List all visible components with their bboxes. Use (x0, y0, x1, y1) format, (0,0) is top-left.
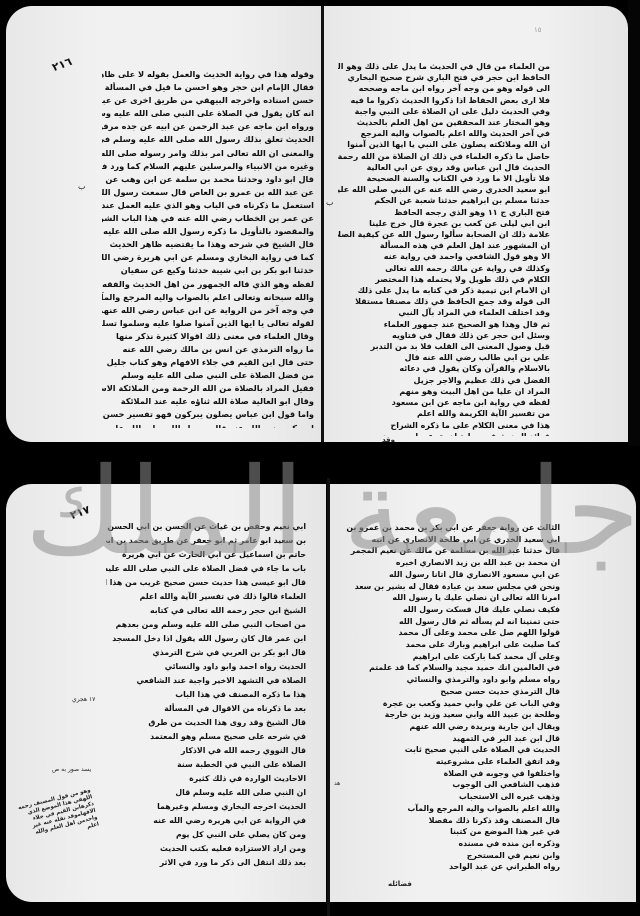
text-line: وقد اتفق العلماء على مشروعيته (344, 756, 560, 768)
margin-note-top: ١٥ (534, 26, 542, 34)
margin-note-side: ب (326, 198, 334, 207)
text-line: وذكره ابن منده في مسنده (344, 838, 560, 850)
text-line: الثالث عن رواية جعفر عن ابي بكر بن محمد … (344, 522, 560, 534)
text-line: كما صليت على ابراهيم وبارك على محمد (344, 639, 560, 651)
text-line: الكلام في ذلك طويل ولا يحتمله هذا المختص… (338, 274, 550, 285)
text-line: فذهب الشافعي الى الوجوب (344, 779, 560, 791)
text-line: الى قوله وهو من وجه آخر رواه ابن ماجه وص… (338, 83, 550, 94)
text-line: بن سعيد ابو عامر ثم ابو جعفر عن طريق محم… (106, 534, 306, 548)
scan-edge (628, 0, 640, 460)
text-block: ابي نعيم وحفص بن غياث عن الحسن بن ابي ال… (106, 520, 306, 872)
text-line: وقوله هذا في رواية الحديث والعمل بقوله ل… (102, 68, 314, 81)
text-line: قال ابو عيسى هذا حديث حسن صحيح غريب من ه… (106, 576, 306, 590)
text-line: حاصل ما ذكره العلماء في ذلك ان الصلاة من… (338, 151, 550, 162)
text-line: علي بن ابي طالب رضي الله عنه قال (338, 352, 550, 363)
text-line: قال ابو داود وحدثنا محمد بن سلمة عن ابن … (102, 173, 314, 186)
text-line: حدثنا مسلم بن ابراهيم حدثنا شعبة عن الحك… (338, 195, 550, 206)
text-line: لفظه في رواية ابن ماجه عن ابن مسعود (338, 397, 550, 408)
text-line: والله سبحانه وتعالى اعلم بالصواب واليه ا… (102, 291, 314, 304)
text-line: الصلاة في التشهد الاخير واجبة عند الشافع… (106, 674, 306, 688)
text-line: ما رواه الترمذي عن انس بن مالك رضي الله … (102, 343, 314, 356)
text-line: ابي نعيم وحفص بن غياث عن الحسن بن ابي ال… (106, 520, 306, 534)
text-line: وفي الحديث دليل على ان الصلاة على النبي … (338, 106, 550, 117)
text-line: وطلحة بن عبيد الله وابي سعيد وزيد بن خار… (344, 709, 560, 721)
text-line: قال النووي رحمه الله في الاذكار (106, 744, 306, 758)
top-right-page: ١٥ ب من العلماء من قال في الحديث ما يدل … (324, 6, 628, 442)
bottom-right-page: هد الثالث عن رواية جعفر عن ابي بكر بن مح… (330, 484, 636, 902)
text-line: الحديث في الصلاة على النبي صحيح ثابت (344, 744, 560, 756)
text-line: من فضل الصلاة على النبي صلى الله عليه وس… (102, 369, 314, 382)
text-line: ان المشهور عند اهل العلم في هذه المسألة (338, 240, 550, 251)
text-block: من العلماء من قال في الحديث ما يدل على ذ… (338, 61, 550, 436)
text-line: فلا تأويل الا ما ورد في الكتاب والسنة ال… (338, 173, 550, 184)
text-line: قال الشيخ وقد روى هذا الحديث من طرق (106, 716, 306, 730)
top-left-page: ٢١٦ ب وقوله هذا في رواية الحديث والعمل ب… (6, 6, 322, 442)
text-line: لفظه وهو الذي قاله الجمهور من اهل الحديث… (102, 278, 314, 291)
text-line: والمعنى ان الله تعالى امر بذلك وامر رسول… (102, 147, 314, 160)
text-line: قبل وصول المعنى الى القلب فلا بد من التد… (338, 341, 550, 352)
text-line: والمقصود بالتأويل ما ذكره رسول الله صلى … (102, 225, 314, 238)
text-line: ويقال ابن جارية وبريدة رضي الله عنهم (344, 721, 560, 733)
text-line: فتح الباري ج ١١ وهو الذي رجحه الحافظ (338, 207, 550, 218)
text-block: الثالث عن رواية جعفر عن ابي بكر بن محمد … (344, 522, 560, 890)
text-line: فوائد الحديث في رواية اخرى عن ابي حميد (338, 431, 550, 436)
text-line: في الرواية عن ابي هريرة رضي الله عنه (106, 814, 306, 828)
text-line: عن ابي مسعود الانصاري قال اتانا رسول الل… (344, 569, 560, 581)
text-line: وذهب غيره الى الاستحباب (344, 791, 560, 803)
scan-divider (0, 446, 640, 482)
text-line: قال المصنف وقد ذكرنا ذلك مفصلا (344, 815, 560, 827)
text-line: وقال العلماء في معنى ذلك اقوالا كثيرة نذ… (102, 330, 314, 343)
text-line: ان محمد بن عبد الله بن زيد الانصاري اخبر… (344, 557, 560, 569)
text-line: ابي سعيد الخدري عن ابي طلحة الانصاري عن … (344, 534, 560, 546)
text-line: في العالمين انك حميد مجيد والسلام كما قد… (344, 662, 560, 674)
text-line: انه كان يقول في الصلاة على النبي صلى الل… (102, 107, 314, 120)
text-line: حسن اسناده واخرجه البيهقي من طريق اخرى ع… (102, 94, 314, 107)
text-line: في شرحه على صحيح مسلم وهو المعتمد (106, 730, 306, 744)
text-line: قال ابو بكر بن العربي في شرح الترمذي (106, 646, 306, 660)
text-line: ابن ابي ليلى عن كعب بن عجرة قال خرج علين… (338, 218, 550, 229)
text-line: الا وهو قول الشافعي واحمد في رواية عنه (338, 251, 550, 262)
text-line: ان الامام ابن تيمية ذكر في كتابه ما يدل … (338, 285, 550, 296)
text-line: امرنا الله تعالى ان نصلي عليك يا رسول ال… (344, 592, 560, 604)
text-line: استعمل ما ذكرناه في الباب وهو الذي عليه … (102, 199, 314, 212)
text-line: في غير هذا الموضع من كتبنا (344, 826, 560, 838)
text-line: قال الشيخ في شرحه وهذا ما يقتضيه ظاهر ال… (102, 238, 314, 251)
text-line: وكذلك في رواية عن مالك رحمه الله تعالى (338, 263, 550, 274)
text-line: الحديث قال ابن عباس وقد روي عن ابي العال… (338, 162, 550, 173)
text-line: العلماء قالوا ذلك في تفسير الآية والله ا… (106, 590, 306, 604)
text-line: الفضل في ذلك عظيم والاجر جزيل (338, 375, 550, 386)
text-line: وهو المختار عند المحققين من اهل العلم با… (338, 117, 550, 128)
text-line: الى قوله وقد جمع الحافظ في ذلك مصنفا مست… (338, 296, 550, 307)
margin-note-mid: ١٧ هجري (72, 696, 95, 703)
text-line: فقيل المراد بالصلاة من الله الرحمة ومن ا… (102, 382, 314, 395)
text-line: الاحاديث الواردة في ذلك كثيرة (106, 772, 306, 786)
text-line: ونحن في مجلس سعد بن عبادة فقال له بشير ب… (344, 581, 560, 593)
text-line: واختلفوا في وجوبه في الصلاة (344, 768, 560, 780)
text-line: رواه الطبراني عن عبد الواحد (344, 861, 560, 873)
text-line: ورواه ابن ماجه عن عبد الرحمن عن ابيه عن … (102, 120, 314, 133)
catchword: فضائله (388, 880, 412, 888)
text-line: ابو بكر رضي الله عنه قال رسول الله صلى ا… (102, 422, 314, 428)
text-line: عن عبد الله بن عمرو بن العاص قال سمعت رس… (102, 186, 314, 199)
text-line: الحديث اخرجه البخاري ومسلم وغيرهما (106, 800, 306, 814)
text-line: علامة ذلك ان الصحابة سألوا رسول الله عن … (338, 229, 550, 240)
text-block: وقوله هذا في رواية الحديث والعمل بقوله ل… (102, 68, 314, 428)
text-line: من تفسير الآية الكريمة والله اعلم (338, 408, 550, 419)
text-line: من العلماء من قال في الحديث ما يدل على ذ… (338, 61, 550, 72)
text-line: عن عمر بن الخطاب رضي الله عنه في هذا الب… (102, 212, 314, 225)
text-line: الحديث تعلق بذلك رسول الله صلى الله عليه… (102, 133, 314, 146)
text-line: قولوا اللهم صل على محمد وعلى آل محمد (344, 627, 560, 639)
top-spread: ٢١٦ ب وقوله هذا في رواية الحديث والعمل ب… (0, 0, 640, 460)
text-line: بعد ذلك انتقل الى ذكر ما ورد في الاثر (106, 856, 306, 870)
text-line: في آخر الحديث والله اعلم بالصواب واليه ا… (338, 128, 550, 139)
bottom-left-page: ٢١٧ ١٧ هجري يسد صور به ص وهو من قول المص… (6, 484, 326, 902)
text-line: وابن نعيم في المستخرج (344, 850, 560, 862)
text-line: قال الترمذي حديث حسن صحيح (344, 686, 560, 698)
text-line: قال حدثنا عبد الله بن مسلمة عن مالك عن ن… (344, 545, 560, 557)
text-line: ان النبي صلى الله عليه وسلم قال (106, 786, 306, 800)
margin-note: ب (78, 182, 86, 191)
text-line: هذا في معنى الكلام على ما ذكره الشراح (338, 420, 550, 431)
text-line: الحافظ ابن حجر في فتح الباري شرح صحيح ال… (338, 72, 550, 83)
text-line: الشيخ ابن حجر رحمه الله تعالى في كتابه (106, 604, 306, 618)
text-line: بالاسلام والقرآن وكان يقول في دعائه (338, 363, 550, 374)
text-line: ابن عمر قال كان رسول الله يقول اذا دخل ا… (106, 632, 306, 646)
text-line: وقد اختلف العلماء في المراد بآل النبي (338, 307, 550, 318)
margin-note-side: يسد صور به ص (52, 766, 91, 773)
text-line: في وجه آخر من الرواية عن ابن عباس رضي ال… (102, 304, 314, 317)
catchword: وقد (382, 436, 395, 442)
text-line: المراد ان عليا من اهل البيت وهو منهم (338, 386, 550, 397)
text-line: باب ما جاء في فضل الصلاة على النبي صلى ا… (106, 562, 306, 576)
text-line: ثم قال وهذا هو الصحيح عند جمهور العلماء (338, 319, 550, 330)
text-line: ومن كان يصلي على النبي كل يوم (106, 828, 306, 842)
text-line: واما قول ابن عباس يصلون يبركون فهو تفسير… (102, 408, 314, 421)
text-line: حاتم بن اسماعيل عن ابي الحارث عن ابي هري… (106, 548, 306, 562)
text-line: وقال ابو العالية صلاة الله ثناؤه عليه عن… (102, 395, 314, 408)
text-line: رواه مسلم وابو داود والترمذي والنسائي (344, 674, 560, 686)
text-line: كما في رواية البخاري ومسلم عن ابي هريرة … (102, 251, 314, 264)
text-line: من اصحاب النبي صلى الله عليه وسلم ومن بع… (106, 618, 306, 632)
text-line: فقال الإمام ابن حجر وهو احسن ما قيل في ا… (102, 81, 314, 94)
text-line: حتى تمنينا انه لم يسأله ثم قال رسول الله (344, 616, 560, 628)
text-line: لقوله تعالى يا ايها الذين آمنوا صلوا علي… (102, 317, 314, 330)
text-line: فلا ارى بعض الحفاظ اذا ذكروا الحديث ذكرو… (338, 95, 550, 106)
text-line: بعد ما ذكرناه من الاقوال في المسألة (106, 702, 306, 716)
text-line: ومن اراد الاستزادة فعليه بكتب الحديث (106, 842, 306, 856)
text-line: حتى قال ابن القيم في جلاء الافهام وهو كت… (102, 356, 314, 369)
text-line: قال ابن عبد البر في التمهيد (344, 733, 560, 745)
bottom-spread: ٢١٧ ١٧ هجري يسد صور به ص وهو من قول المص… (0, 478, 640, 916)
text-line: حدثنا ابو بكر بن ابي شيبة حدثنا وكيع عن … (102, 264, 314, 277)
text-line: هذا ما ذكره المصنف في هذا الباب (106, 688, 306, 702)
margin-note-mid: هد (334, 780, 340, 787)
text-line: ابو سعيد الخدري رضي الله عنه عن النبي صل… (338, 184, 550, 195)
text-line: وعلى آل محمد كما باركت على ابراهيم (344, 651, 560, 663)
text-line: وفي الباب عن علي وابي حميد وكعب بن عجرة (344, 698, 560, 710)
text-line: وسئل ابن حجر عن ذلك فقال في فتاويه (338, 330, 550, 341)
text-line: ان الله وملائكته يصلون على النبي يا ايها… (338, 139, 550, 150)
text-line: الحديث رواه احمد وابو داود والنسائي (106, 660, 306, 674)
text-line: وغيره من الانبياء والمرسلين عليهم السلام… (102, 160, 314, 173)
text-line: والله اعلم بالصواب واليه المرجع والمآب (344, 803, 560, 815)
text-line: فكيف نصلي عليك قال فسكت رسول الله (344, 604, 560, 616)
text-line: الصلاة على النبي في الخطبة سنة (106, 758, 306, 772)
